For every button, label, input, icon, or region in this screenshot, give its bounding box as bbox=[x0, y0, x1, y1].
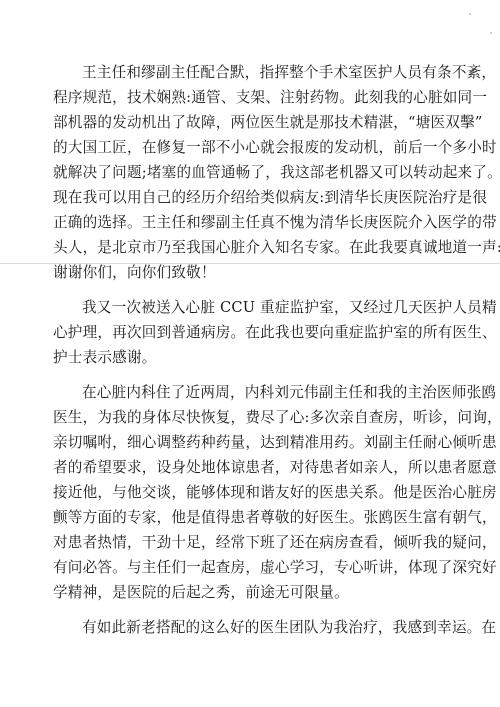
text-line: 护士表示感谢。 bbox=[53, 345, 453, 370]
text-line: 有如此新老搭配的这么好的医生团队为我治疗，我感到幸运。在 bbox=[53, 615, 453, 640]
paragraph-surgery: 王主任和缪副主任配合默，指挥整个手术室医护人员有条不紊， 程序规范，技术娴熟:通… bbox=[53, 60, 453, 285]
text-line: 程序规范，技术娴熟:通管、支架、注射药物。此刻我的心脏如同一 bbox=[53, 85, 453, 110]
text-line: 的大国工匠，在修复一部不小心就会报废的发动机，前后一个多小时 bbox=[53, 135, 453, 160]
document-page: 王主任和缪副主任配合默，指挥整个手术室医护人员有条不紊， 程序规范，技术娴熟:通… bbox=[53, 60, 453, 650]
scan-speck bbox=[490, 32, 492, 34]
text-line: 学精神，是医院的后起之秀，前途无可限量。 bbox=[53, 580, 453, 605]
text-line: 谢谢你们，向你们致敬！ bbox=[53, 260, 453, 285]
text-line: 在心脏内科住了近两周，内科刘元伟副主任和我的主治医师张鸥 bbox=[53, 380, 453, 405]
text-line: 头人，是北京市乃至我国心脏介入知名专家。在此我要真诚地道一声: bbox=[53, 235, 453, 260]
text-line: 部机器的发动机出了故障，两位医生就是那技术精湛，“塘医双擊” bbox=[53, 110, 453, 135]
text-line: 心护理，再次回到普通病房。在此我也要向重症监护室的所有医生、 bbox=[53, 320, 453, 345]
text-line: 对患者热情，干劲十足，经常下班了还在病房查看，倾听我的疑问， bbox=[53, 530, 453, 555]
paragraph-ccu: 我又一次被送入心脏 CCU 重症监护室，又经过几天医护人员精 心护理，再次回到普… bbox=[53, 295, 453, 370]
text-line: 亲切嘱咐，细心调整药种药量，达到精准用药。刘副主任耐心倾听患 bbox=[53, 430, 453, 455]
text-line: 现在我可以用自己的经历介绍给类似病友:到清华长庚医院治疗是很 bbox=[53, 185, 453, 210]
paragraph-cardiology: 在心脏内科住了近两周，内科刘元伟副主任和我的主治医师张鸥 医生，为我的身体尽快恢… bbox=[53, 380, 453, 605]
text-line: 颤等方面的专家，他是值得患者尊敬的好医生。张鸥医生富有朝气， bbox=[53, 505, 453, 530]
text-line: 就解决了问题;堵塞的血管通畅了，我这部老机器又可以转动起来了。 bbox=[53, 160, 453, 185]
text-line: 者的希望要求，设身处地体谅患者，对待患者如亲人，所以患者愿意 bbox=[53, 455, 453, 480]
text-line: 王主任和缪副主任配合默，指挥整个手术室医护人员有条不紊， bbox=[53, 60, 453, 85]
text-line: 我又一次被送入心脏 CCU 重症监护室，又经过几天医护人员精 bbox=[53, 295, 453, 320]
text-line: 医生，为我的身体尽快恢复，费尽了心:多次亲自查房，听诊，问询， bbox=[53, 405, 453, 430]
scan-speck bbox=[469, 13, 471, 15]
text-line: 正确的选择。王主任和缪副主任真不愧为清华长庚医院介入医学的带 bbox=[53, 210, 453, 235]
text-line: 有问必答。与主任们一起查房，虚心学习，专心听讲，体现了深究好 bbox=[53, 555, 453, 580]
paragraph-closing: 有如此新老搭配的这么好的医生团队为我治疗，我感到幸运。在 bbox=[53, 615, 453, 640]
text-line: 接近他，与他交谈，能够体现和谐友好的医患关系。他是医治心脏房 bbox=[53, 480, 453, 505]
